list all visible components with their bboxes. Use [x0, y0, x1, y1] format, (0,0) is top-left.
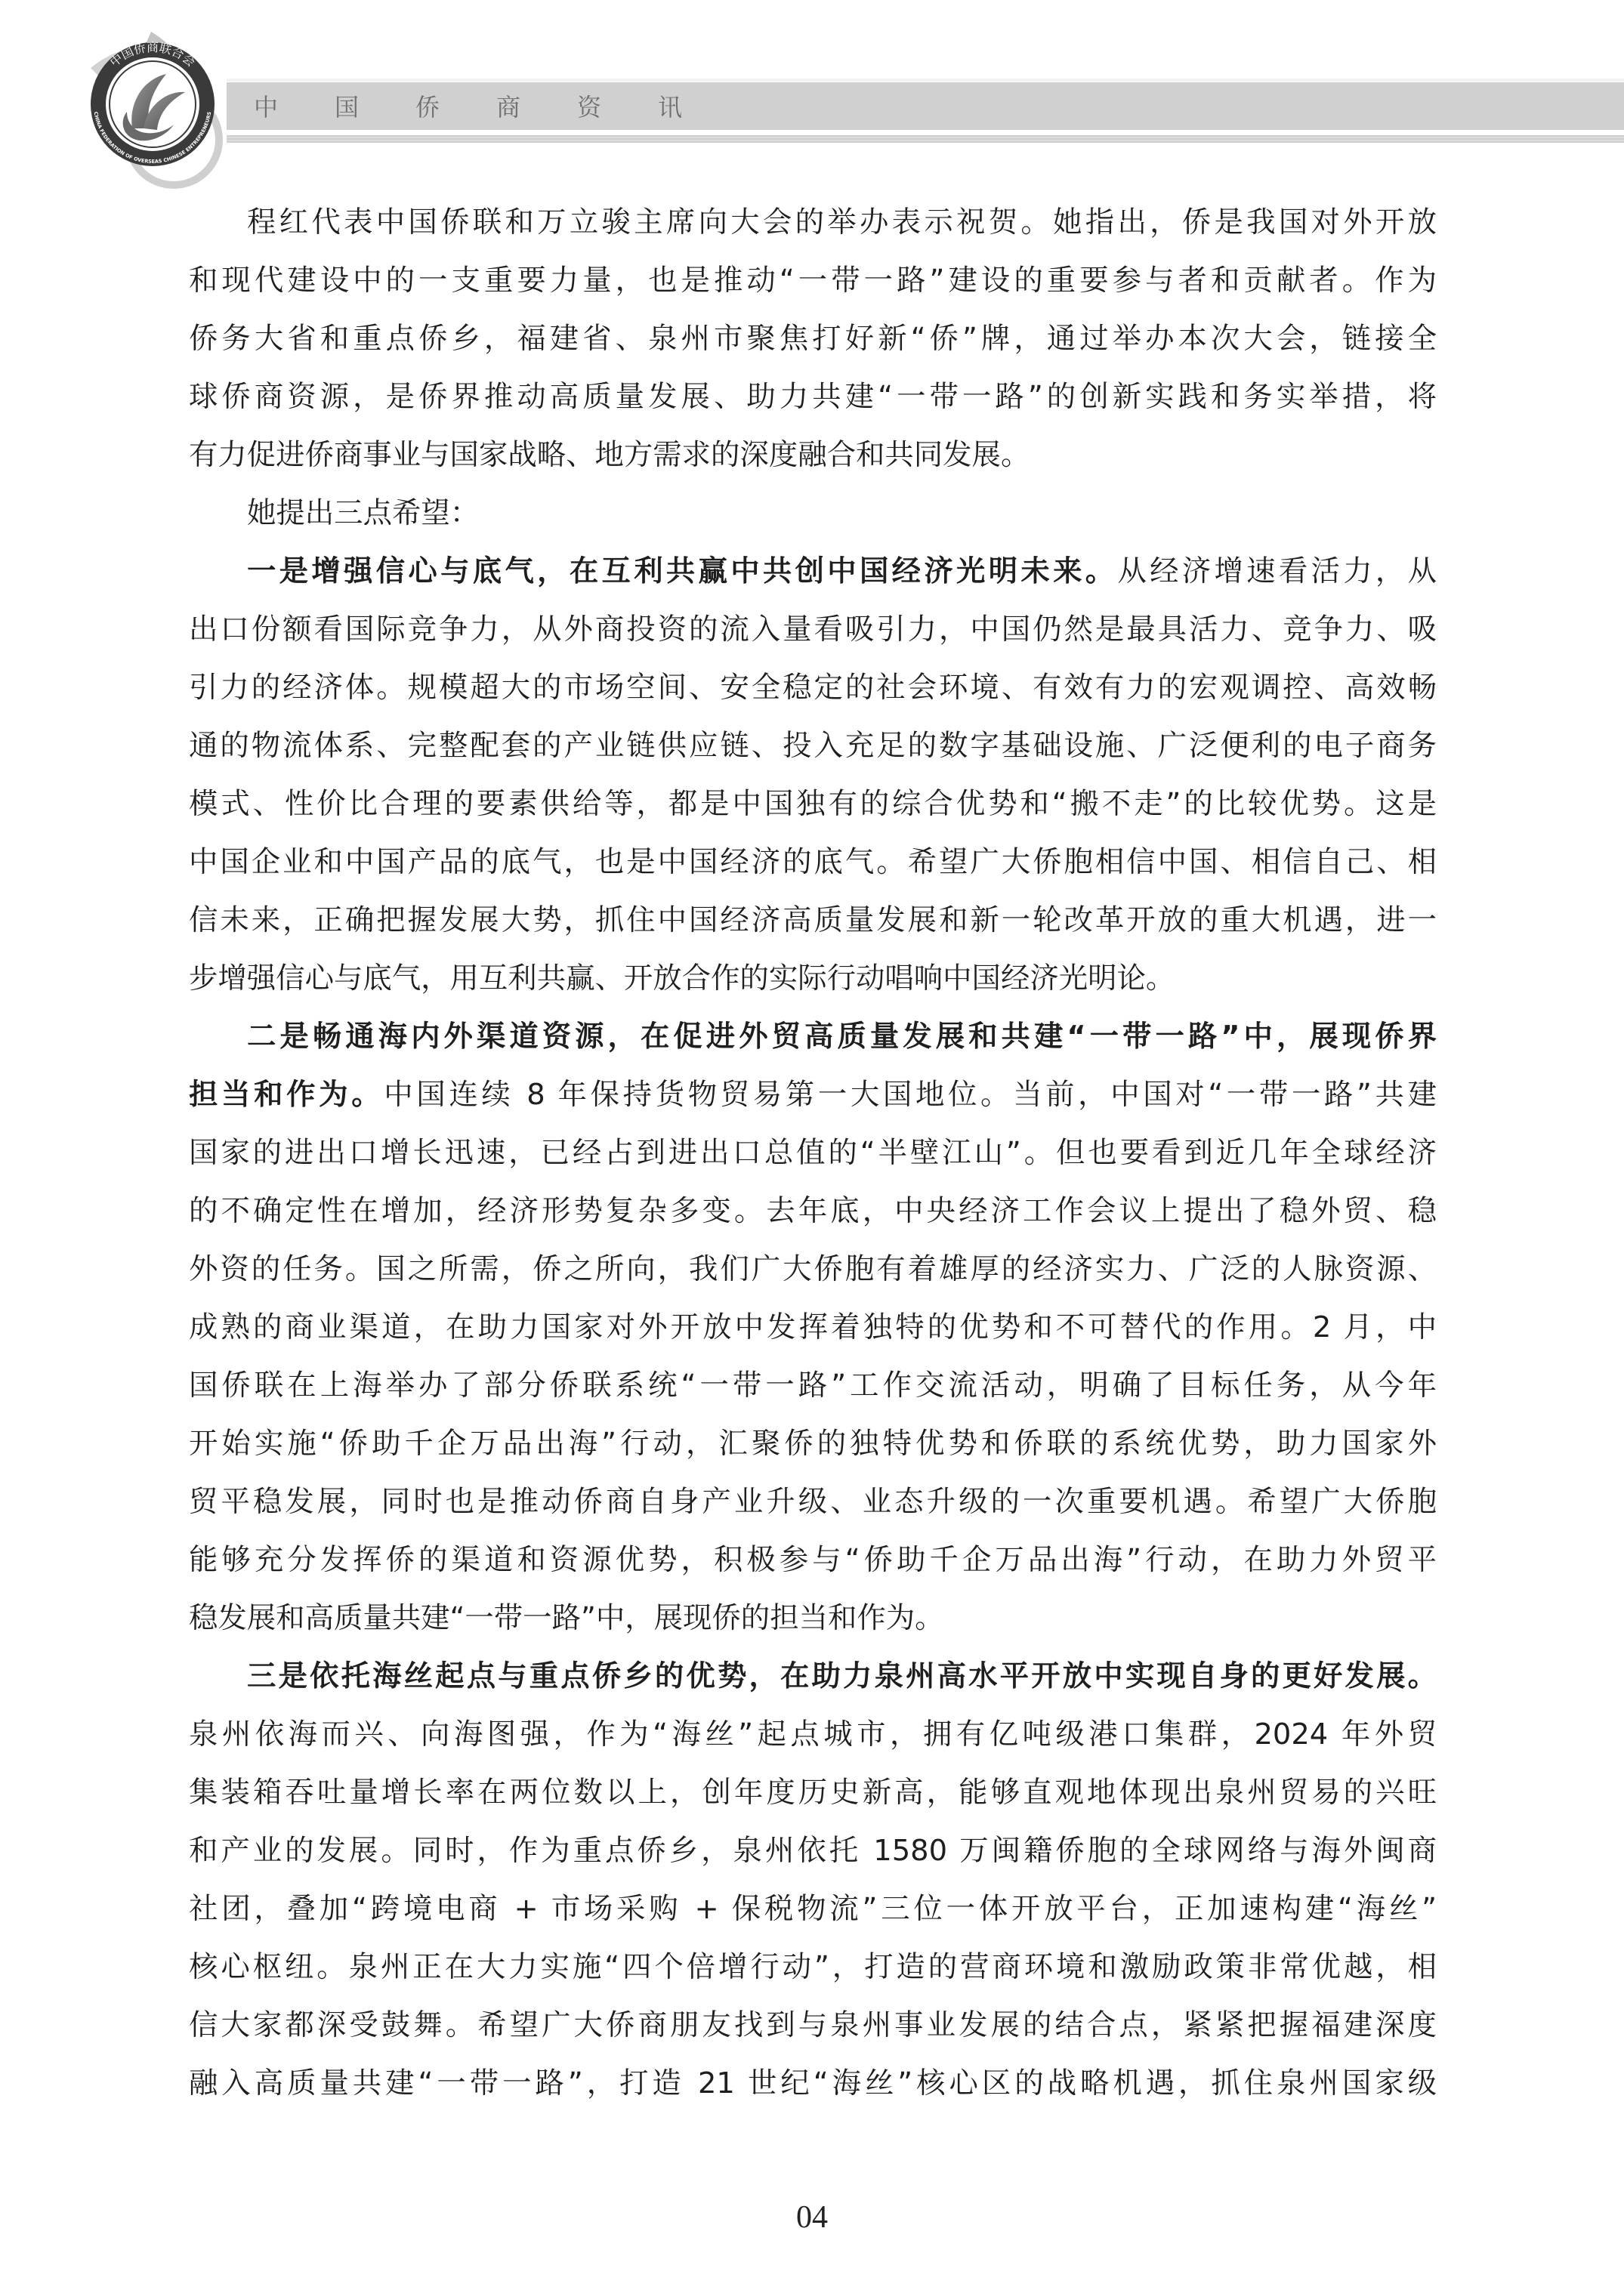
text-line: 中国企业和中国产品的底气，也是中国经济的底气。希望广大侨胞相信中国、相信自己、相 [189, 833, 1437, 891]
text-line: 模式、性价比合理的要素供给等，都是中国独有的综合优势和“搬不走”的比较优势。这是 [189, 775, 1437, 833]
text-line: 国家的进出口增长迅速，已经占到进出口总值的“半壁江山”。但也要看到近几年全球经济 [189, 1124, 1437, 1182]
title-char: 中 [254, 91, 335, 124]
bold-lead: 担当和作为。 [189, 1078, 384, 1112]
text-line: 步增强信心与底气，用互利共赢、开放合作的实际行动唱响中国经济光明论。 [189, 949, 1437, 1008]
title-char: 讯 [658, 91, 739, 124]
text-line: 出口份额看国际竞争力，从外商投资的流入量看吸引力，中国仍然是最具活力、竞争力、吸 [189, 600, 1437, 659]
publication-title: 中 国 侨 商 资 讯 [254, 91, 739, 124]
text-line: 核心枢纽。泉州正在大力实施“四个倍增行动”，打造的营商环境和激励政策非常优越，相 [189, 1938, 1437, 1996]
text-line: 担当和作为。中国连续 8 年保持货物贸易第一大国地位。当前，中国对“一带一路”共… [189, 1066, 1437, 1124]
text-line: 贸平稳发展，同时也是推动侨商自身产业升级、业态升级的一次重要机遇。希望广大侨胞 [189, 1473, 1437, 1531]
paragraph: 二是畅通海内外渠道资源，在促进外贸高质量发展和共建“一带一路”中，展现侨界 担当… [189, 1008, 1437, 1647]
text-line: 侨务大省和重点侨乡，福建省、泉州市聚焦打好新“侨”牌，通过举办本次大会，链接全 [189, 310, 1437, 368]
text-line: 外资的任务。国之所需，侨之所向，我们广大侨胞有着雄厚的经济实力、广泛的人脉资源、 [189, 1240, 1437, 1298]
text-line: 她提出三点希望： [189, 484, 1437, 542]
text-line: 融入高质量共建“一带一路”，打造 21 世纪“海丝”核心区的战略机遇，抓住泉州国… [189, 2054, 1437, 2112]
paragraph: 她提出三点希望： [189, 484, 1437, 542]
paragraph: 一是增强信心与底气，在互利共赢中共创中国经济光明未来。从经济增速看活力，从 出口… [189, 542, 1437, 1008]
text-line: 泉州依海而兴、向海图强，作为“海丝”起点城市，拥有亿吨级港口集群，2024 年外… [189, 1705, 1437, 1764]
text-line: 集装箱吞吐量增长率在两位数以上，创年度历史新高，能够直观地体现出泉州贸易的兴旺 [189, 1764, 1437, 1822]
text-line: 成熟的商业渠道，在助力国家对外开放中发挥着独特的优势和不可替代的作用。2 月，中 [189, 1298, 1437, 1356]
text-line: 国侨联在上海举办了部分侨联系统“一带一路”工作交流活动，明确了目标任务，从今年 [189, 1356, 1437, 1415]
text-line: 二是畅通海内外渠道资源，在促进外贸高质量发展和共建“一带一路”中，展现侨界 [189, 1008, 1437, 1066]
bold-lead: 一是增强信心与底气，在互利共赢中共创中国经济光明未来。 [247, 554, 1117, 588]
text-line: 社团，叠加“跨境电商 + 市场采购 + 保税物流”三位一体开放平台，正加速构建“… [189, 1880, 1437, 1938]
bold-lead: 三是依托海丝起点与重点侨乡的优势，在助力泉州高水平开放中实现自身的更好发展。 [247, 1659, 1437, 1693]
text-line: 三是依托海丝起点与重点侨乡的优势，在助力泉州高水平开放中实现自身的更好发展。 [189, 1647, 1437, 1705]
header-stripe [227, 135, 1624, 143]
text-line: 有力促进侨商事业与国家战略、地方需求的深度融合和共同发展。 [189, 426, 1437, 484]
text-line: 开始实施“侨助千企万品出海”行动，汇聚侨的独特优势和侨联的系统优势，助力国家外 [189, 1415, 1437, 1473]
title-char: 国 [335, 91, 415, 124]
paragraph: 三是依托海丝起点与重点侨乡的优势，在助力泉州高水平开放中实现自身的更好发展。 泉… [189, 1647, 1437, 2112]
logo-icon: 中国侨商联合会 CHINA FEDERATION OF OVERSEAS CHI… [60, 15, 249, 189]
text-line: 信未来，正确把握发展大势，抓住中国经济高质量发展和新一轮改革开放的重大机遇，进一 [189, 891, 1437, 949]
title-char: 侨 [415, 91, 496, 124]
text-line: 稳发展和高质量共建“一带一路”中，展现侨的担当和作为。 [189, 1589, 1437, 1647]
text-line: 程红代表中国侨联和万立骏主席向大会的举办表示祝贺。她指出，侨是我国对外开放 [189, 193, 1437, 252]
text-line: 能够充分发挥侨的渠道和资源优势，积极参与“侨助千企万品出海”行动，在助力外贸平 [189, 1531, 1437, 1589]
text-line: 的不确定性在增加，经济形势复杂多变。去年底，中央经济工作会议上提出了稳外贸、稳 [189, 1182, 1437, 1240]
text-line: 引力的经济体。规模超大的市场空间、安全稳定的社会环境、有效有力的宏观调控、高效畅 [189, 659, 1437, 717]
title-char: 资 [577, 91, 658, 124]
bold-lead: 二是畅通海内外渠道资源，在促进外贸高质量发展和共建“一带一路”中，展现侨界 [247, 1020, 1437, 1054]
text-line: 信大家都深受鼓舞。希望广大侨商朋友找到与泉州事业发展的结合点，紧紧把握福建深度 [189, 1996, 1437, 2054]
text-line: 和现代建设中的一支重要力量，也是推动“一带一路”建设的重要参与者和贡献者。作为 [189, 252, 1437, 310]
title-char: 商 [496, 91, 577, 124]
text-line: 通的物流体系、完整配套的产业链供应链、投入充足的数字基础设施、广泛便利的电子商务 [189, 717, 1437, 775]
page-number: 04 [0, 2199, 1624, 2236]
text-line: 和产业的发展。同时，作为重点侨乡，泉州依托 1580 万闽籍侨胞的全球网络与海外… [189, 1822, 1437, 1880]
header-band-highlight [227, 79, 1624, 82]
article-body: 程红代表中国侨联和万立骏主席向大会的举办表示祝贺。她指出，侨是我国对外开放 和现… [189, 193, 1437, 2112]
text-line: 球侨商资源，是侨界推动高质量发展、助力共建“一带一路”的创新实践和务实举措，将 [189, 368, 1437, 426]
paragraph: 程红代表中国侨联和万立骏主席向大会的举办表示祝贺。她指出，侨是我国对外开放 和现… [189, 193, 1437, 484]
text-line: 一是增强信心与底气，在互利共赢中共创中国经济光明未来。从经济增速看活力，从 [189, 542, 1437, 600]
